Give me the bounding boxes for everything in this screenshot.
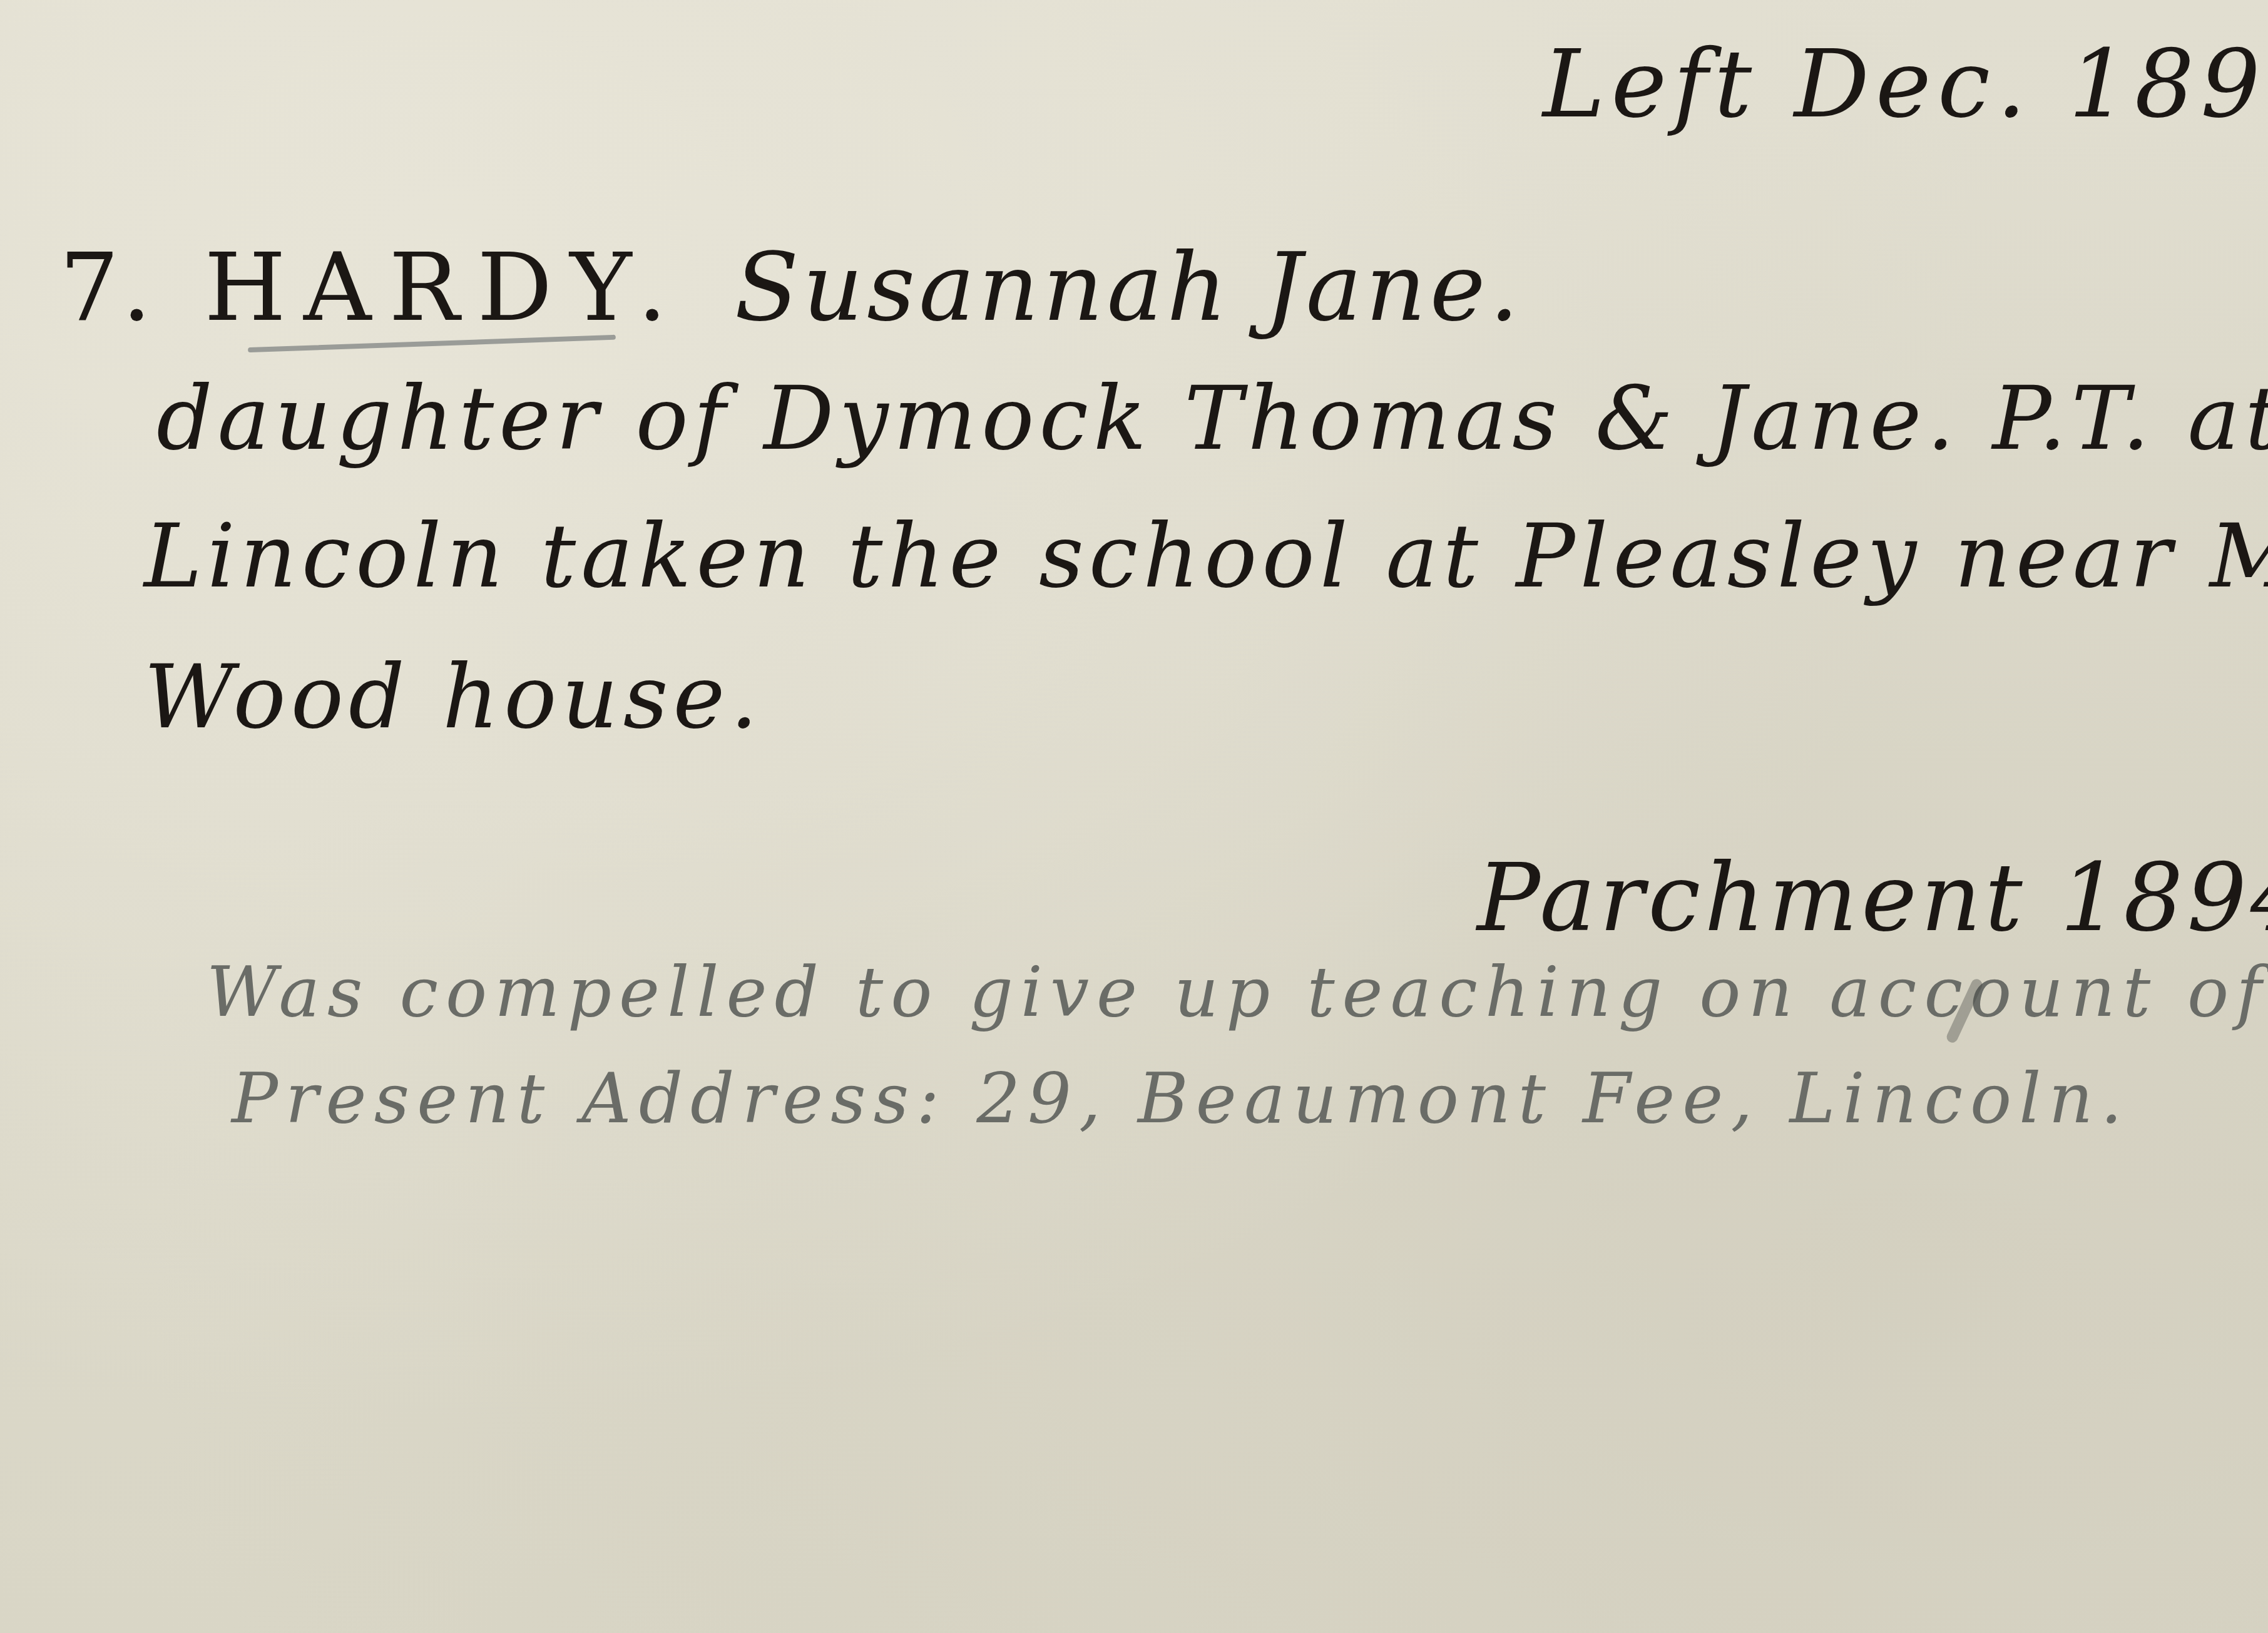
document-page: Left Dec. 1891. 7. HARDY. Susannah Jane.… (0, 0, 2268, 1633)
entry-number: 7. (59, 241, 154, 335)
later-note-address: Present Address: 29, Beaumont Fee, Linco… (232, 1064, 2130, 1133)
body-line-place: Wood house. (144, 654, 763, 742)
surname-text: HARDY. (204, 233, 685, 342)
body-line-school: Lincoln taken the school at Pleasley nea… (144, 513, 2268, 601)
surname: HARDY. (204, 241, 685, 335)
parchment-note: Parchment 1894. (1477, 851, 2268, 945)
left-date-note: Left Dec. 1891. (1543, 38, 2268, 131)
body-line-parentage: daughter of Dymock Thomas & Jane. P.T. a… (156, 376, 2268, 463)
entry-header: 7. HARDY. Susannah Jane. (59, 241, 1523, 335)
given-names: Susannah Jane. (735, 241, 1523, 335)
